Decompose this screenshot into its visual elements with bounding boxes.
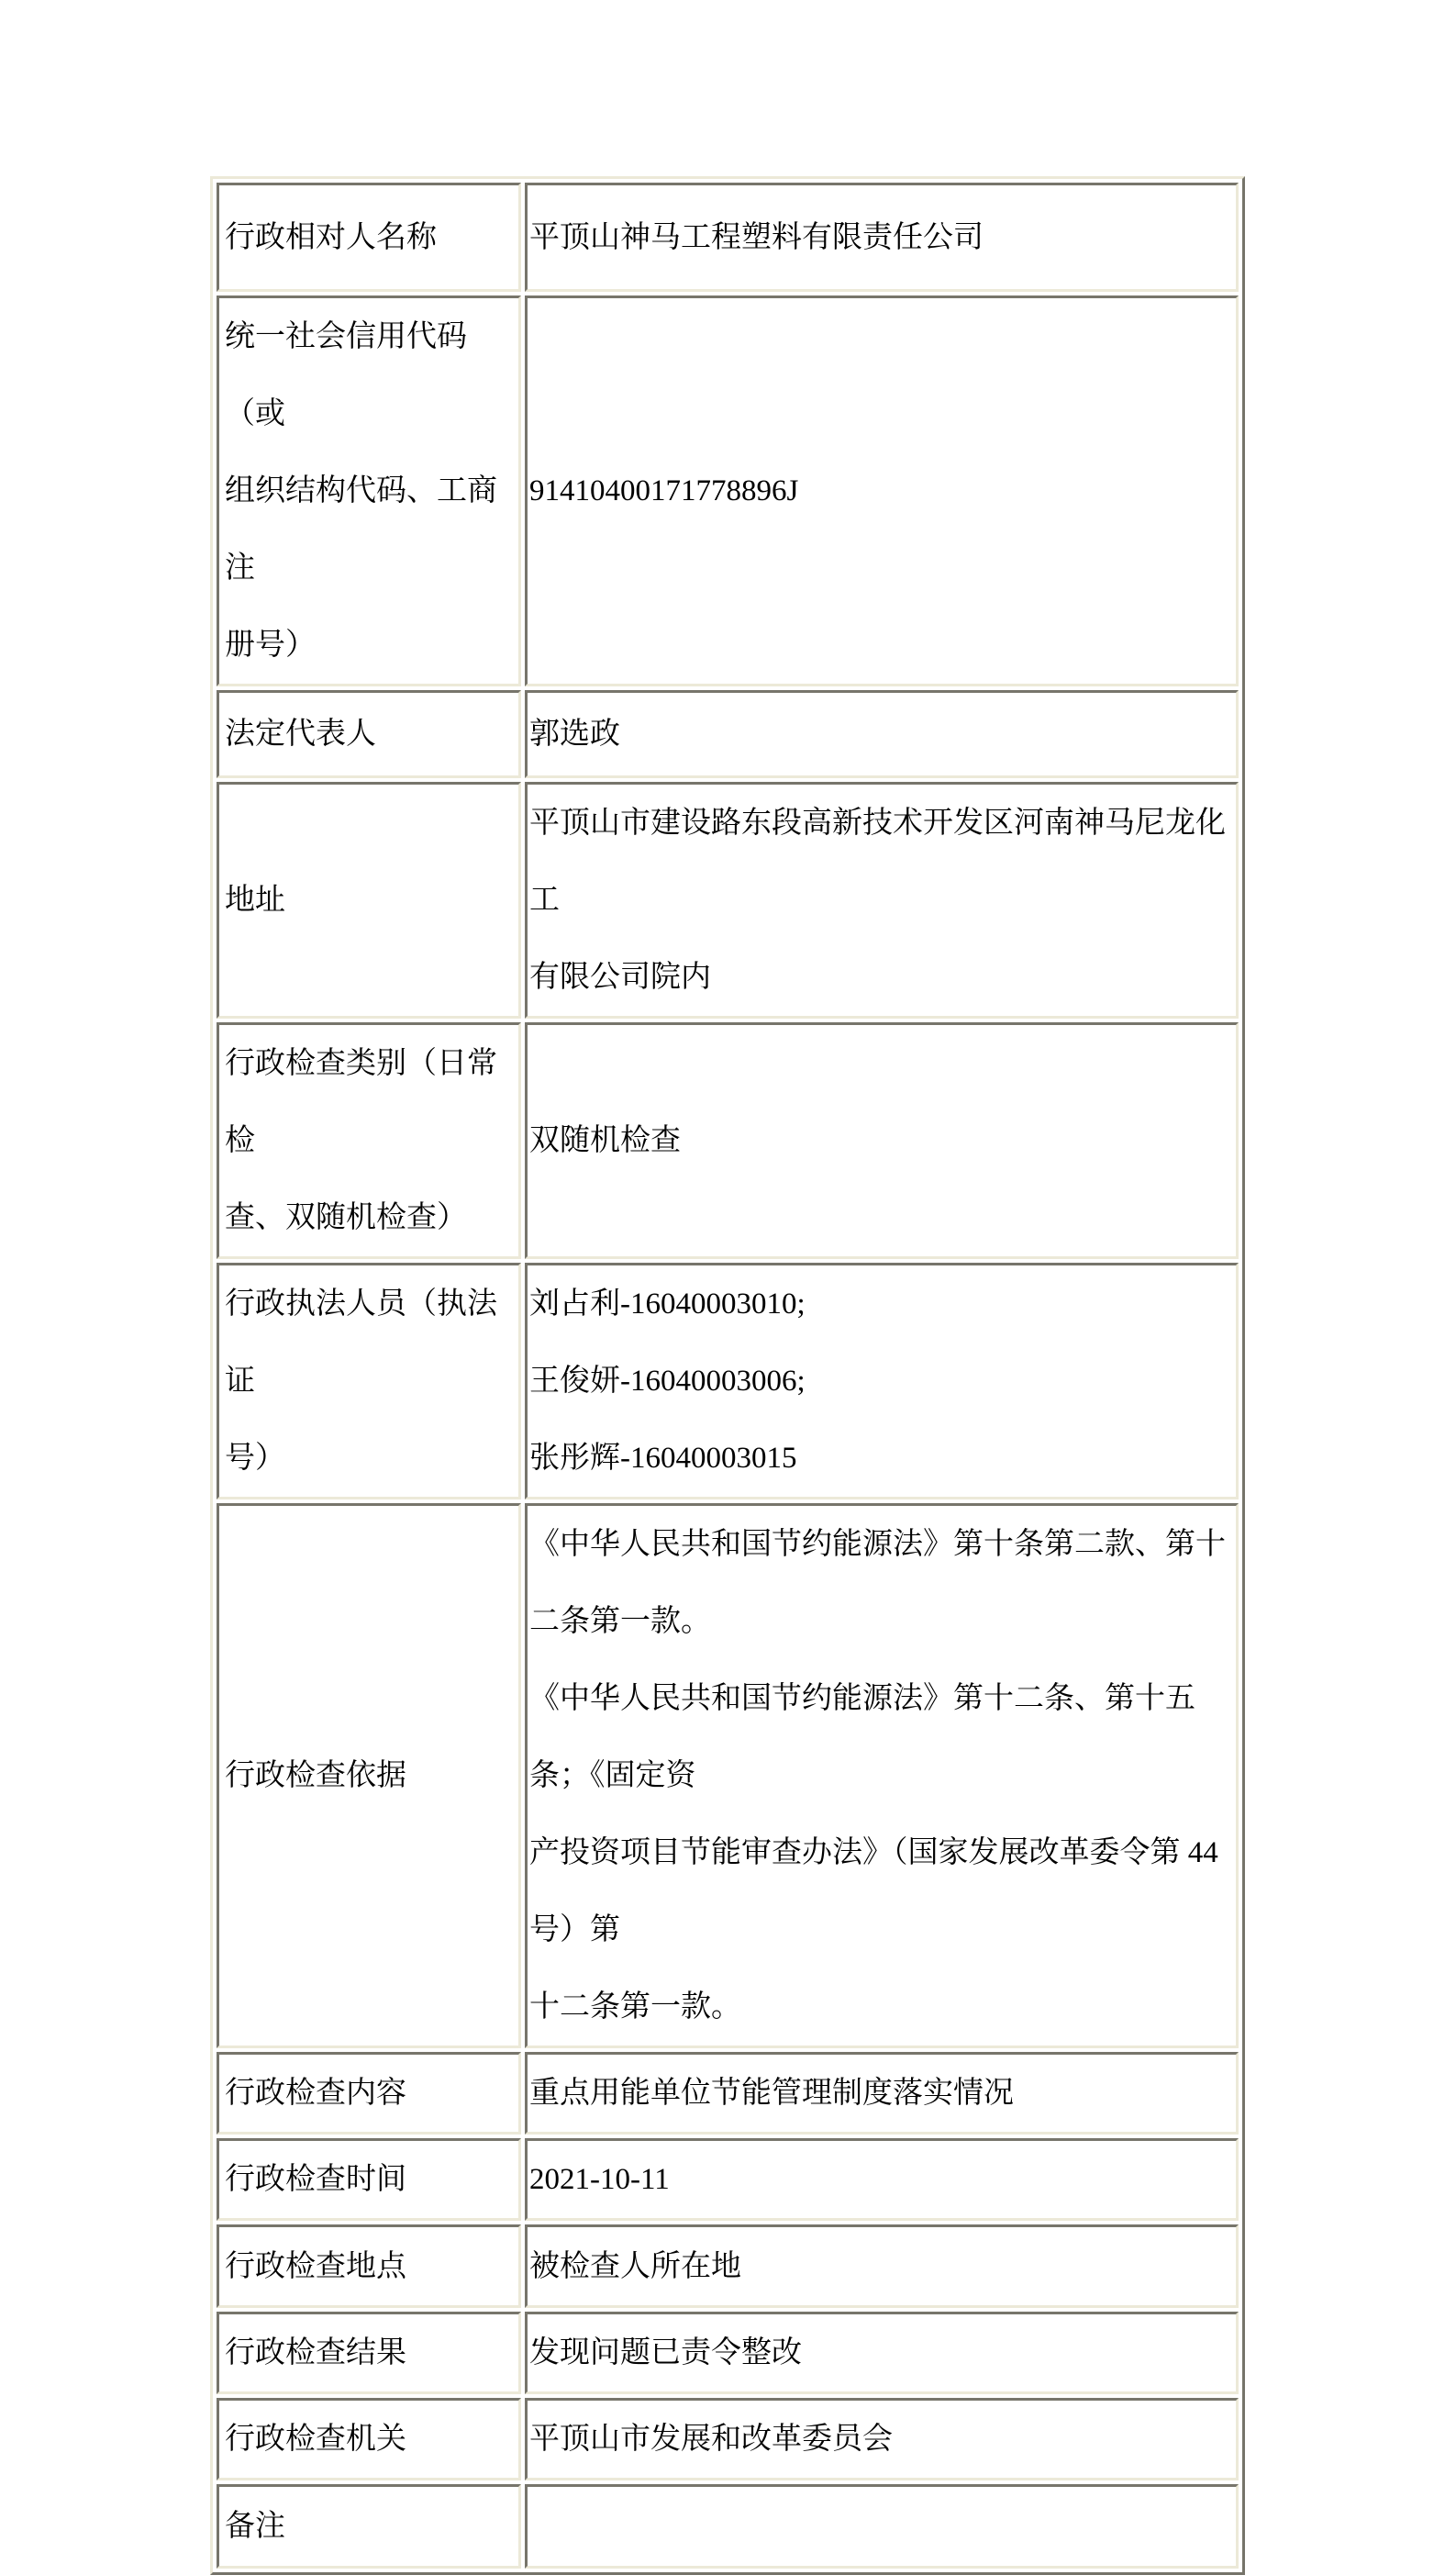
value-cell-inspection-location: 被检查人所在地 (525, 2224, 1239, 2308)
table-row-credit-code: 统一社会信用代码（或 组织结构代码、工商注 册号）914104001717788… (217, 295, 1239, 686)
table-row-inspection-result: 行政检查结果发现问题已责令整改 (217, 2312, 1239, 2394)
value-cell-inspection-date: 2021-10-11 (525, 2138, 1239, 2221)
inspection-record-table-body: 行政相对人名称平顶山神马工程塑料有限责任公司统一社会信用代码（或 组织结构代码、… (217, 183, 1239, 2569)
label-cell-inspection-result: 行政检查结果 (217, 2312, 521, 2394)
label-cell-inspection-date: 行政检查时间 (217, 2138, 521, 2221)
value-cell-inspection-agency: 平顶山市发展和改革委员会 (525, 2398, 1239, 2480)
label-cell-address: 地址 (217, 782, 521, 1019)
table-row-remarks: 备注 (217, 2484, 1239, 2569)
value-cell-credit-code: 91410400171778896J (525, 295, 1239, 686)
table-row-enforcement-officers: 行政执法人员（执法证 号）刘占利-16040003010; 王俊妍-160400… (217, 1263, 1239, 1499)
value-cell-address: 平顶山市建设路东段高新技术开发区河南神马尼龙化工 有限公司院内 (525, 782, 1239, 1019)
table-row-legal-representative: 法定代表人郭选政 (217, 690, 1239, 778)
table-row-inspection-agency: 行政检查机关平顶山市发展和改革委员会 (217, 2398, 1239, 2480)
label-cell-remarks: 备注 (217, 2484, 521, 2569)
value-cell-inspection-basis: 《中华人民共和国节约能源法》第十条第二款、第十二条第一款。 《中华人民共和国节约… (525, 1503, 1239, 2048)
table-row-subject-name: 行政相对人名称平顶山神马工程塑料有限责任公司 (217, 183, 1239, 292)
label-cell-inspection-category: 行政检查类别（日常检 查、双随机检查） (217, 1022, 521, 1259)
label-cell-legal-representative: 法定代表人 (217, 690, 521, 778)
label-cell-enforcement-officers: 行政执法人员（执法证 号） (217, 1263, 521, 1499)
value-cell-inspection-category: 双随机检查 (525, 1022, 1239, 1259)
table-row-inspection-content: 行政检查内容重点用能单位节能管理制度落实情况 (217, 2052, 1239, 2135)
table-row-inspection-location: 行政检查地点被检查人所在地 (217, 2224, 1239, 2308)
label-cell-inspection-basis: 行政检查依据 (217, 1503, 521, 2048)
value-cell-inspection-content: 重点用能单位节能管理制度落实情况 (525, 2052, 1239, 2135)
value-cell-subject-name: 平顶山神马工程塑料有限责任公司 (525, 183, 1239, 292)
table-row-inspection-basis: 行政检查依据《中华人民共和国节约能源法》第十条第二款、第十二条第一款。 《中华人… (217, 1503, 1239, 2048)
table-row-address: 地址平顶山市建设路东段高新技术开发区河南神马尼龙化工 有限公司院内 (217, 782, 1239, 1019)
label-cell-inspection-agency: 行政检查机关 (217, 2398, 521, 2480)
value-cell-inspection-result: 发现问题已责令整改 (525, 2312, 1239, 2394)
label-cell-credit-code: 统一社会信用代码（或 组织结构代码、工商注 册号） (217, 295, 521, 686)
table-row-inspection-category: 行政检查类别（日常检 查、双随机检查）双随机检查 (217, 1022, 1239, 1259)
inspection-record-table: 行政相对人名称平顶山神马工程塑料有限责任公司统一社会信用代码（或 组织结构代码、… (210, 176, 1245, 2575)
value-cell-remarks (525, 2484, 1239, 2569)
label-cell-inspection-location: 行政检查地点 (217, 2224, 521, 2308)
label-cell-subject-name: 行政相对人名称 (217, 183, 521, 292)
value-cell-legal-representative: 郭选政 (525, 690, 1239, 778)
value-cell-enforcement-officers: 刘占利-16040003010; 王俊妍-16040003006; 张彤辉-16… (525, 1263, 1239, 1499)
table-row-inspection-date: 行政检查时间2021-10-11 (217, 2138, 1239, 2221)
label-cell-inspection-content: 行政检查内容 (217, 2052, 521, 2135)
